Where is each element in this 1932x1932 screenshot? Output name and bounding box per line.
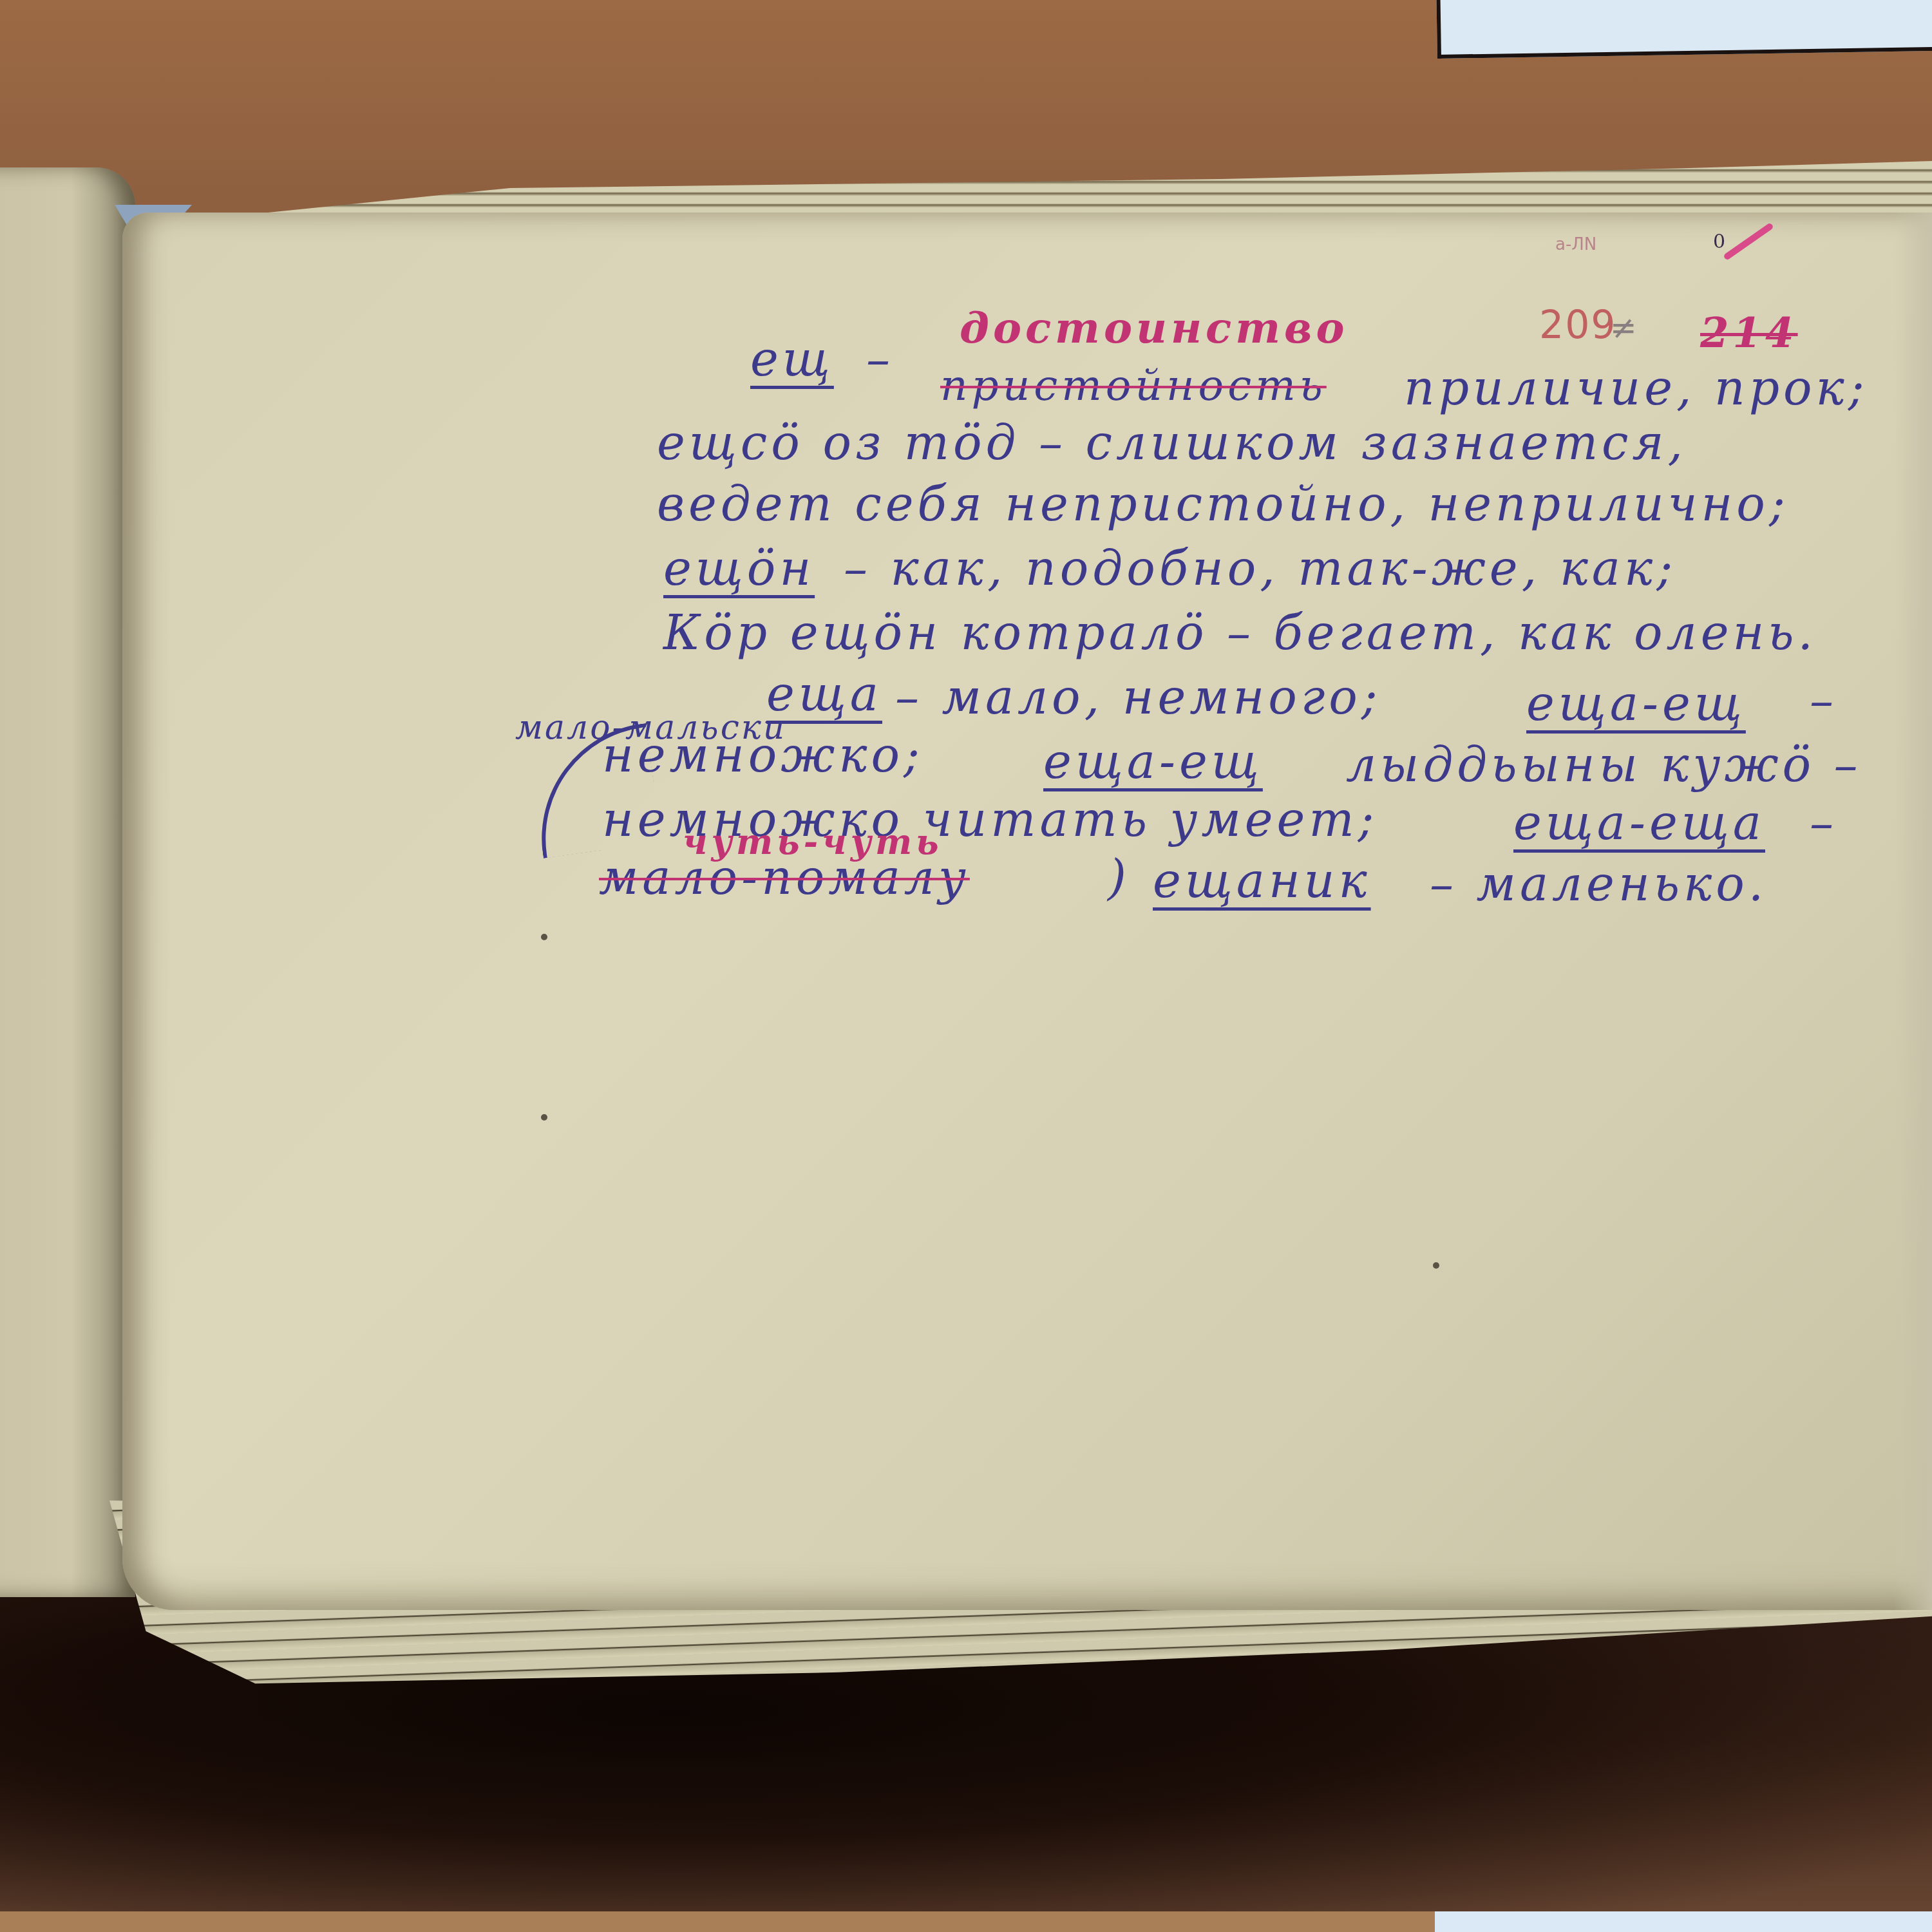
folio-number: 209 [1539, 303, 1617, 348]
headword-esha-esha: еща-еща [1513, 795, 1765, 851]
entry-line-9: – маленько. [1430, 857, 1767, 912]
paper-speck [541, 1114, 547, 1121]
old-folio-number-struck: 214 [1700, 309, 1798, 357]
white-card [1436, 0, 1932, 59]
paper-speck [1433, 1262, 1439, 1269]
headword-esh: ещ [750, 332, 834, 387]
struck-phrase: мало-помалу [599, 850, 970, 905]
blue-paper-corner [1435, 1911, 1932, 1932]
top-pencil-note: a-ЛN [1555, 235, 1596, 254]
entry-line-6: – мало, немного; [895, 670, 1381, 725]
paper-speck [541, 934, 547, 940]
notebook-page: a-ЛN 0 209 ≠ 214 ещ – достоинство присто… [122, 213, 1932, 1610]
folio-mark: ≠ [1610, 309, 1641, 346]
entry-line-4: – как, подобно, так-же, как; [844, 541, 1676, 596]
headword-esha-esh-2: еща-ещ [1043, 734, 1263, 790]
entry-line-7a: немножко; [602, 728, 923, 783]
paren: ) [1108, 850, 1130, 905]
entry-line-5: Кӧр ещӧн котралӧ – бегает, как олень. [663, 605, 1817, 661]
entry-line-1: приличие, прок; [1404, 361, 1868, 416]
page-edge [1893, 213, 1932, 1610]
headword-esha-esh: еща-ещ [1526, 676, 1746, 732]
entry-line-3: ведет себя непристойно, неприлично; [657, 477, 1789, 532]
dash: – [1810, 673, 1837, 728]
headword-eshon: ещӧн [663, 541, 815, 596]
bottom-strip [0, 1911, 1932, 1932]
dash: – [866, 332, 894, 387]
headword-eshanik: ещаник [1153, 853, 1371, 909]
struck-word: пристойность [940, 361, 1327, 410]
entry-line-7b: лыддьыны кужӧ – [1346, 737, 1862, 793]
dash: – [1810, 795, 1837, 851]
top-ink-mark: 0 [1713, 231, 1725, 253]
left-page [0, 167, 135, 1597]
red-correction: достоинство [960, 303, 1348, 353]
red-slash-mark [1723, 222, 1774, 261]
entry-line-2: ещсӧ оз тӧд – слишком зазнается, [657, 415, 1687, 471]
